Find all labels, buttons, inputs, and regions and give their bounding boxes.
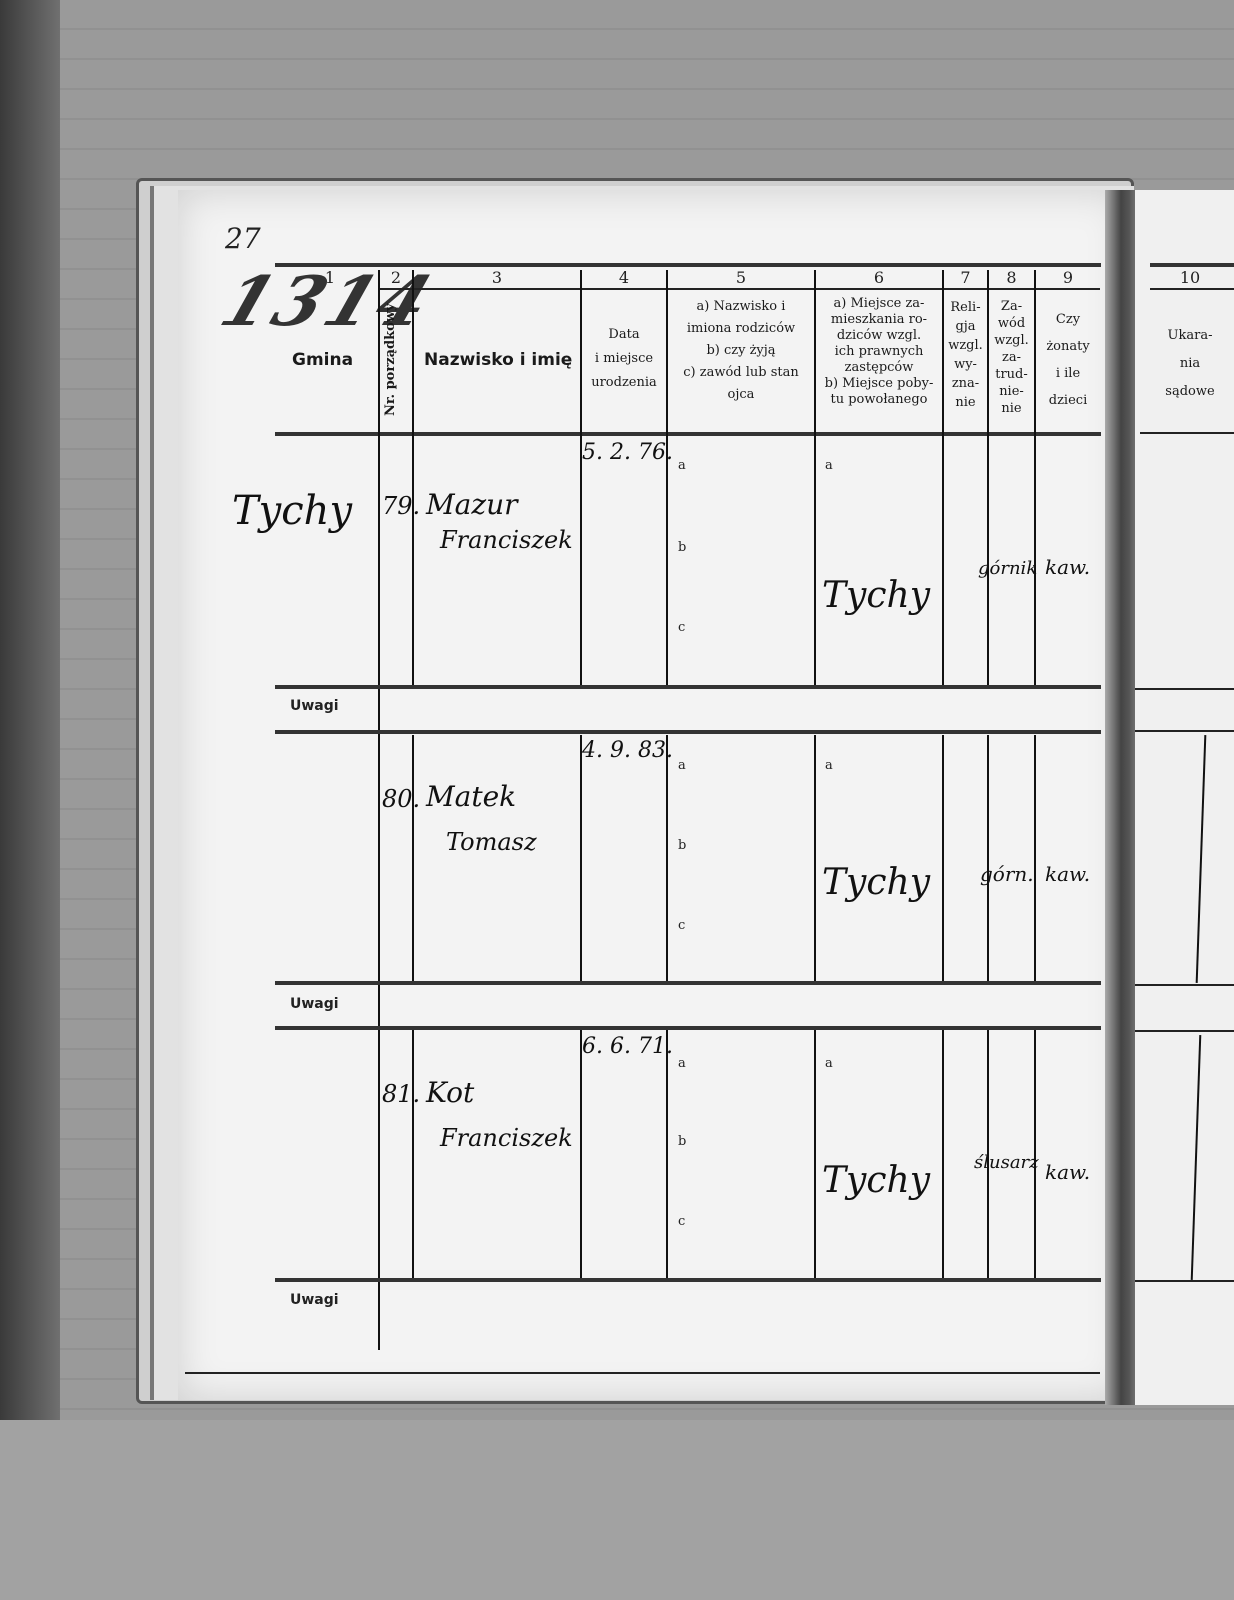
entry-3-residence-b: Tychy [822, 1160, 930, 1201]
header-line: nie [989, 400, 1034, 417]
header-bottom-rule [275, 432, 1101, 436]
entry-3-given: Franciszek [440, 1124, 573, 1152]
entry-1-bottom-rule [275, 685, 1101, 689]
col-divider-4c [666, 1030, 668, 1280]
right-page-rule-2 [1135, 730, 1234, 732]
page-number-small: 27 [225, 222, 261, 255]
header-line: dziców wzgl. [816, 328, 942, 344]
header-rodzice: a) Nazwisko i imiona rodziców b) czy żyj… [668, 296, 814, 406]
entry-1-residence-b: Tychy [822, 575, 930, 616]
col-num-1: 1 [300, 268, 360, 287]
entry-3-occupation: ślusarz [974, 1152, 1039, 1173]
entry-2-label-b: b [678, 838, 686, 853]
entry-2-residence-label-a: a [825, 758, 833, 773]
entry-1-occupation: górnik [978, 558, 1037, 579]
colnum-rule-right [1150, 288, 1234, 290]
header-data-urodzenia: Data i miejsce urodzenia [582, 326, 666, 392]
background-left-shadow [0, 0, 60, 1600]
right-page-rule-3 [1135, 984, 1234, 986]
col-divider-5b [814, 735, 816, 983]
entry-1-uwagi-label: Uwagi [290, 698, 339, 714]
header-line: Czy [1036, 306, 1100, 333]
col-divider-2b [412, 735, 414, 983]
header-line: zastępców [816, 360, 942, 376]
header-religia: Reli- gja wzgl. wy- zna- nie [944, 298, 987, 412]
entry-3-label-a: a [678, 1056, 686, 1071]
entry-1-surname: Mazur [426, 488, 518, 521]
header-line: a) Miejsce za- [816, 296, 942, 312]
entry-1-given: Franciszek [440, 526, 573, 554]
header-line: tu powołanego [816, 392, 942, 408]
col-num-2: 2 [380, 268, 412, 287]
entry-1-label-c: c [678, 620, 685, 635]
header-line: zna- [944, 374, 987, 393]
col-divider-3b [580, 735, 582, 983]
background-bottom [0, 1420, 1234, 1600]
header-line: urodzenia [582, 374, 666, 392]
right-page-rule-1 [1135, 688, 1234, 690]
right-page-rule-4 [1135, 1030, 1234, 1032]
entry-3-label-b: b [678, 1134, 686, 1149]
entry-2-given: Tomasz [446, 828, 537, 856]
entry-2-occupation: górn. [980, 862, 1034, 886]
col-divider-5c [814, 1030, 816, 1280]
entry-2-bottom-rule [275, 981, 1101, 985]
header-line: Reli- [944, 298, 987, 317]
col-divider-2c [412, 1030, 414, 1280]
col-num-4: 4 [582, 268, 666, 287]
header-line: wzgl. [989, 332, 1034, 349]
entry-2-label-c: c [678, 918, 685, 933]
right-page-rule-5 [1135, 1280, 1234, 1282]
col-divider-7b [987, 735, 989, 983]
col-divider-3c [580, 1030, 582, 1280]
entry-2-birth-date: 4. 9. 83. [582, 738, 673, 763]
col-num-5: 5 [668, 268, 814, 287]
col-divider-6c [942, 1030, 944, 1280]
header-line: Data [582, 326, 666, 344]
entry-1-residence-label-a: a [825, 458, 833, 473]
entry-2-surname: Matek [426, 780, 516, 813]
entry-3-surname: Kot [426, 1076, 474, 1109]
header-line: Ukara- [1150, 322, 1230, 350]
header-line: i ile [1036, 360, 1100, 387]
entry-1-nr: 79. [382, 492, 420, 520]
entry-3-label-c: c [678, 1214, 685, 1229]
top-rule-right [1150, 263, 1234, 267]
header-line: c) zawód lub stan [668, 362, 814, 384]
header-line: b) czy żyją [668, 340, 814, 362]
header-gmina: Gmina [292, 350, 353, 370]
col-divider-2 [412, 270, 414, 688]
col-divider-1 [378, 270, 380, 1350]
header-line: za- [989, 349, 1034, 366]
header-line: nie- [989, 383, 1034, 400]
top-rule [275, 263, 1101, 267]
entry-3-marital: kaw. [1045, 1160, 1090, 1184]
header-line: a) Nazwisko i [668, 296, 814, 318]
page-bottom-rule [185, 1372, 1100, 1374]
header-miejsce-zamieszkania: a) Miejsce za- mieszkania ro- dziców wzg… [816, 296, 942, 408]
col-divider-8b [1034, 735, 1036, 983]
header-line: sądowe [1150, 378, 1230, 406]
entry-1-uwagi-rule [275, 730, 1101, 734]
entry-3-uwagi-label: Uwagi [290, 1292, 339, 1308]
header-line: mieszkania ro- [816, 312, 942, 328]
entry-2-uwagi-rule [275, 1026, 1101, 1030]
header-line: wód [989, 315, 1034, 332]
header-line: nia [1150, 350, 1230, 378]
header-zawod: Za- wód wzgl. za- trud- nie- nie [989, 298, 1034, 417]
header-nr-porzadkowy: Nr. porządkowy [383, 290, 407, 430]
header-line: Za- [989, 298, 1034, 315]
header-ukarania: Ukara- nia sądowe [1150, 322, 1230, 406]
header-bottom-rule-right [1140, 432, 1234, 434]
col-num-6: 6 [816, 268, 942, 287]
header-line: trud- [989, 366, 1034, 383]
header-line: gja [944, 317, 987, 336]
entry-1-marital: kaw. [1045, 555, 1090, 579]
entry-2-marital: kaw. [1045, 862, 1090, 886]
header-line: ojca [668, 384, 814, 406]
entry-3-nr: 81. [382, 1080, 420, 1108]
header-line: b) Miejsce poby- [816, 376, 942, 392]
header-zonaty: Czy żonaty i ile dzieci [1036, 306, 1100, 414]
entry-2-uwagi-label: Uwagi [290, 996, 339, 1012]
header-line: wy- [944, 355, 987, 374]
header-line: nie [944, 393, 987, 412]
col-num-3: 3 [414, 268, 580, 287]
entry-1-gmina: Tychy [232, 488, 352, 534]
col-num-10: 10 [1160, 268, 1220, 287]
header-line: ich prawnych [816, 344, 942, 360]
entry-1-label-b: b [678, 540, 686, 555]
header-line: wzgl. [944, 336, 987, 355]
entry-1-birth-date: 5. 2. 76. [582, 440, 673, 465]
header-line: imiona rodziców [668, 318, 814, 340]
entry-3-birth-date: 6. 6. 71. [582, 1034, 673, 1059]
entry-2-nr: 80. [382, 785, 420, 813]
entry-3-residence-label-a: a [825, 1056, 833, 1071]
header-line: i miejsce [582, 350, 666, 368]
entry-1-label-a: a [678, 458, 686, 473]
col-divider-6b [942, 735, 944, 983]
col-num-9: 9 [1036, 268, 1100, 287]
entry-3-bottom-rule [275, 1278, 1101, 1282]
header-nazwisko: Nazwisko i imię [424, 350, 572, 370]
entry-2-residence-b: Tychy [822, 862, 930, 903]
col-divider-4b [666, 735, 668, 983]
col-num-8: 8 [989, 268, 1034, 287]
entry-2-label-a: a [678, 758, 686, 773]
header-line: dzieci [1036, 387, 1100, 414]
col-num-7: 7 [944, 268, 987, 287]
header-line: żonaty [1036, 333, 1100, 360]
colnum-rule [380, 288, 1100, 290]
